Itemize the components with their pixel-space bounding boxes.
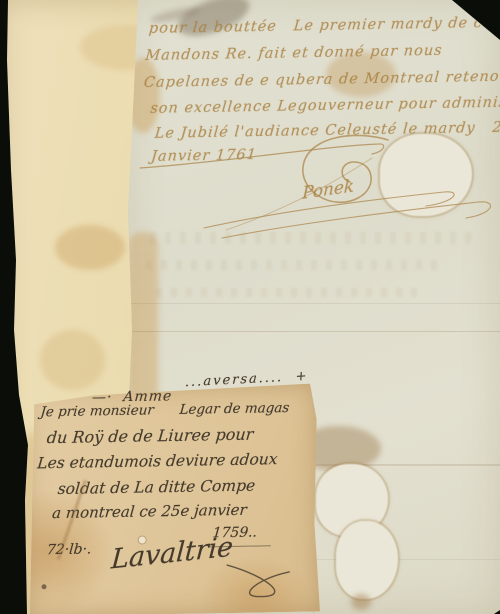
manuscript-line: son excellence Legouverneur pour adminis… — [150, 94, 500, 117]
note-line: a montreal ce 25e janvier — [51, 501, 247, 522]
photographed-manuscript: pour la bouttée Le premier mardy de care… — [0, 0, 500, 614]
note-line: Les etandumois deviure adoux — [37, 450, 279, 472]
manuscript-line: Capelanes de e qubera de Montreal reteno… — [143, 68, 500, 91]
reverse-mark-word: —· Amme — [91, 388, 173, 405]
manuscript-line: Mandons Re. fait et donné par nous — [145, 43, 444, 64]
stain-blob — [40, 330, 105, 390]
fold-line — [126, 303, 500, 304]
signature-lavaltrie: Lavaltrie — [110, 531, 234, 575]
note-amount: 72·lb·. — [46, 541, 92, 558]
overlapping-note-paper: Je prie monsieur Legar de magas du Roÿ d… — [24, 383, 320, 614]
lavaltrie-swash — [223, 555, 324, 603]
paper-hole — [139, 536, 146, 543]
ink-spot — [41, 584, 46, 589]
stain-blob — [55, 225, 125, 270]
fold-line — [126, 331, 500, 332]
stain-spot — [351, 594, 371, 610]
show-through-text — [146, 260, 446, 270]
show-through-text — [150, 232, 480, 244]
show-through-text — [156, 288, 426, 297]
note-line: du Roÿ de de Liuree pour — [46, 425, 254, 448]
manuscript-line: pour la bouttée Le premier mardy de care… — [148, 14, 500, 37]
pale-water-stain — [336, 521, 398, 599]
